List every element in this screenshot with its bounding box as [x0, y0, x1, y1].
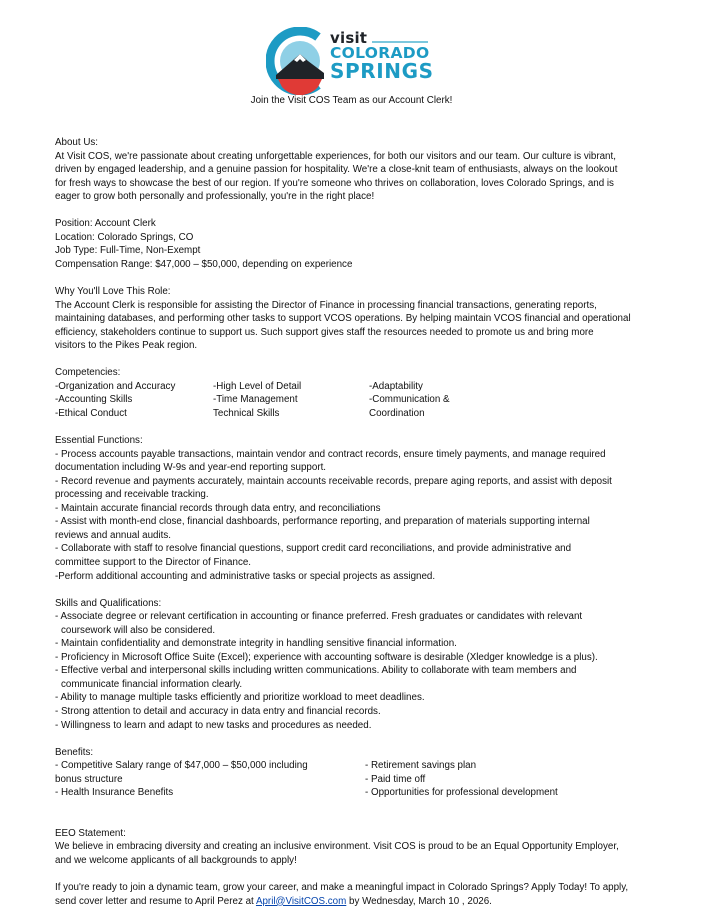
- job-posting-body: About Us: At Visit COS, we're passionate…: [55, 136, 665, 908]
- eeo-section: EEO Statement: We believe in embracing d…: [55, 827, 665, 868]
- why-section: Why You'll Love This Role: The Account C…: [55, 285, 665, 353]
- section-heading: Competencies:: [55, 366, 665, 380]
- function-line: documentation including W-9s and year-en…: [55, 461, 665, 475]
- benefit-item: - Retirement savings plan: [365, 759, 615, 773]
- job-type-field: Job Type: Full-Time, Non-Exempt: [55, 244, 665, 258]
- section-heading: About Us:: [55, 136, 665, 150]
- document-page: visit COLORADO SPRINGS Join the Visit CO…: [0, 0, 703, 910]
- skill-line: - Effective verbal and interpersonal ski…: [55, 664, 665, 678]
- competency-item: Coordination: [369, 407, 489, 421]
- section-heading: Why You'll Love This Role:: [55, 285, 665, 299]
- competency-item: -Ethical Conduct: [55, 407, 213, 421]
- function-line: committee support to the Director of Fin…: [55, 556, 665, 570]
- section-heading: Essential Functions:: [55, 434, 665, 448]
- benefits-column-2: - Retirement savings plan - Paid time of…: [365, 759, 615, 800]
- competency-item: Technical Skills: [213, 407, 369, 421]
- competency-item: -Communication &: [369, 393, 489, 407]
- benefits-section: Benefits: - Competitive Salary range of …: [55, 746, 665, 800]
- apply-line: send cover letter and resume to April Pe…: [55, 895, 665, 909]
- paragraph-line: The Account Clerk is responsible for ass…: [55, 299, 665, 313]
- benefits-column-1: - Competitive Salary range of $47,000 – …: [55, 759, 365, 800]
- paragraph-line: maintaining databases, and performing ot…: [55, 312, 665, 326]
- email-link[interactable]: April@VisitCOS.com: [256, 896, 346, 907]
- section-heading: Skills and Qualifications:: [55, 597, 665, 611]
- competency-item: -Adaptability: [369, 380, 489, 394]
- page-headline: Join the Visit COS Team as our Account C…: [0, 95, 703, 106]
- paragraph-line: We believe in embracing diversity and cr…: [55, 840, 665, 854]
- logo-rule: [372, 41, 428, 43]
- competency-item: -Accounting Skills: [55, 393, 213, 407]
- skill-line: communicate financial information clearl…: [55, 678, 665, 692]
- benefit-item: - Paid time off: [365, 773, 615, 787]
- apply-prefix: send cover letter and resume to April Pe…: [55, 896, 256, 907]
- skills-section: Skills and Qualifications: - Associate d…: [55, 597, 665, 732]
- function-line: - Record revenue and payments accurately…: [55, 475, 665, 489]
- paragraph-line: for fresh ways to showcase the best of o…: [55, 177, 665, 191]
- competencies-column-1: -Organization and Accuracy -Accounting S…: [55, 380, 213, 421]
- function-line: processing and receivable tracking.: [55, 488, 665, 502]
- paragraph-line: visitors to the Pikes Peak region.: [55, 339, 665, 353]
- logo-springs-text: SPRINGS: [330, 59, 434, 83]
- paragraph-line: efficiency, stakeholders continue to sup…: [55, 326, 665, 340]
- skill-line: coursework will also be considered.: [55, 624, 665, 638]
- benefit-item: - Health Insurance Benefits: [55, 786, 365, 800]
- apply-line: If you're ready to join a dynamic team, …: [55, 881, 665, 895]
- mountain-c-emblem-icon: [266, 27, 328, 95]
- competencies-column-3: -Adaptability -Communication & Coordinat…: [369, 380, 489, 421]
- visit-colorado-springs-logo: visit COLORADO SPRINGS: [266, 27, 466, 95]
- competencies-column-2: -High Level of Detail -Time Management T…: [213, 380, 369, 421]
- skill-line: - Willingness to learn and adapt to new …: [55, 719, 665, 733]
- paragraph-line: driven by engaged leadership, and a genu…: [55, 163, 665, 177]
- paragraph-line: and we welcome applicants of all backgro…: [55, 854, 665, 868]
- function-line: - Maintain accurate financial records th…: [55, 502, 665, 516]
- competency-item: -High Level of Detail: [213, 380, 369, 394]
- apply-section: If you're ready to join a dynamic team, …: [55, 881, 665, 908]
- essential-functions-section: Essential Functions: - Process accounts …: [55, 434, 665, 583]
- skill-line: - Associate degree or relevant certifica…: [55, 610, 665, 624]
- benefit-item: - Competitive Salary range of $47,000 – …: [55, 759, 365, 773]
- benefit-item: bonus structure: [55, 773, 365, 787]
- competency-item: -Time Management: [213, 393, 369, 407]
- compensation-field: Compensation Range: $47,000 – $50,000, d…: [55, 258, 665, 272]
- skill-line: - Ability to manage multiple tasks effic…: [55, 691, 665, 705]
- position-details: Position: Account Clerk Location: Colora…: [55, 217, 665, 271]
- skill-line: - Maintain confidentiality and demonstra…: [55, 637, 665, 651]
- section-heading: Benefits:: [55, 746, 665, 760]
- about-section: About Us: At Visit COS, we're passionate…: [55, 136, 665, 204]
- apply-suffix: by Wednesday, March 10 , 2026.: [346, 896, 492, 907]
- benefit-item: - Opportunities for professional develop…: [365, 786, 615, 800]
- skill-line: - Proficiency in Microsoft Office Suite …: [55, 651, 665, 665]
- competencies-section: Competencies: -Organization and Accuracy…: [55, 366, 665, 420]
- location-field: Location: Colorado Springs, CO: [55, 231, 665, 245]
- position-field: Position: Account Clerk: [55, 217, 665, 231]
- skill-line: - Strong attention to detail and accurac…: [55, 705, 665, 719]
- competency-item: -Organization and Accuracy: [55, 380, 213, 394]
- section-heading: EEO Statement:: [55, 827, 665, 841]
- function-line: - Assist with month-end close, financial…: [55, 515, 665, 529]
- function-line: reviews and annual audits.: [55, 529, 665, 543]
- function-line: - Process accounts payable transactions,…: [55, 448, 665, 462]
- paragraph-line: eager to grow both personally and profes…: [55, 190, 665, 204]
- function-line: -Perform additional accounting and admin…: [55, 570, 665, 584]
- function-line: - Collaborate with staff to resolve fina…: [55, 542, 665, 556]
- paragraph-line: At Visit COS, we're passionate about cre…: [55, 150, 665, 164]
